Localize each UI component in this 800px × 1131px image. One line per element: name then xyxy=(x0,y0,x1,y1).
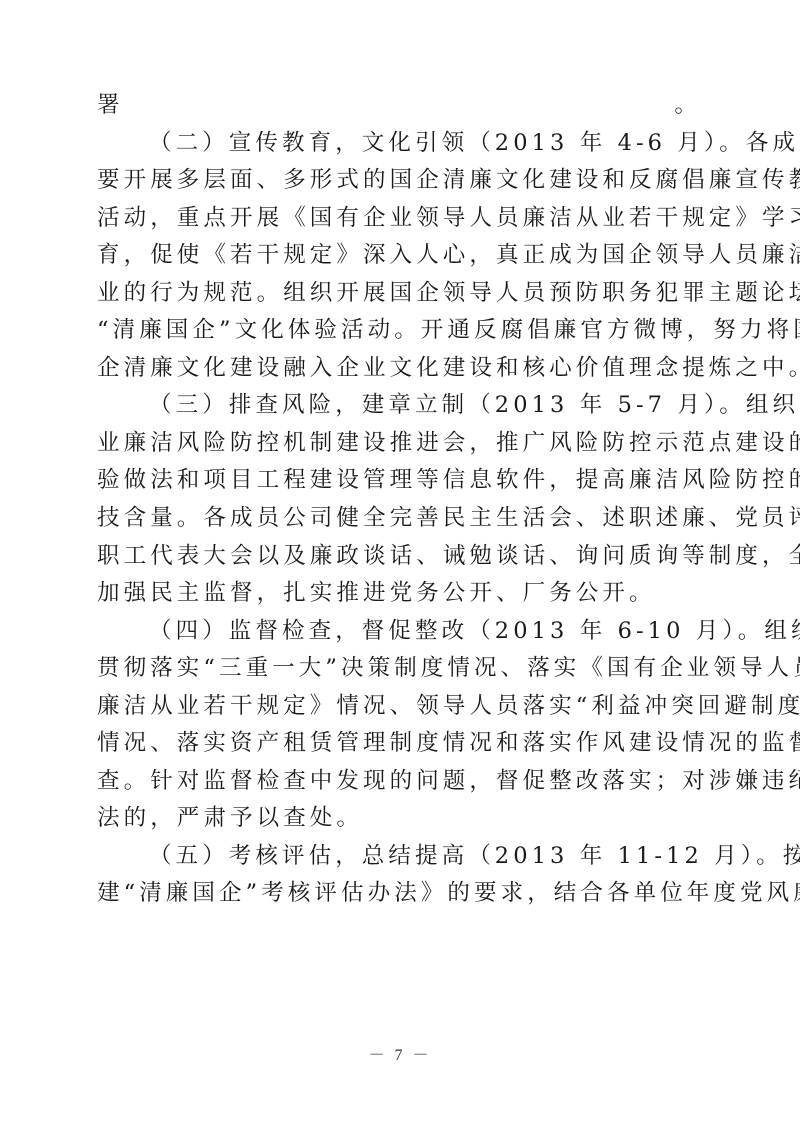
text-line: 要开展多层面、多形式的国企清廉文化建设和反腐倡廉宣传教育 xyxy=(97,162,701,200)
text-line: 法的，严肃予以查处。 xyxy=(97,800,701,838)
text-line: 技含量。各成员公司健全完善民主生活会、述职述廉、党员评议、 xyxy=(97,500,701,538)
text-line: 企清廉文化建设融入企业文化建设和核心价值理念提炼之中。 xyxy=(97,350,701,388)
text-line: 查。针对监督检查中发现的问题，督促整改落实；对涉嫌违纪违 xyxy=(97,763,701,801)
text-line: 业的行为规范。组织开展国企领导人员预防职务犯罪主题论坛和 xyxy=(97,275,701,313)
text-line: 加强民主监督，扎实推进党务公开、厂务公开。 xyxy=(97,575,701,613)
text-line: 贯彻落实“三重一大”决策制度情况、落实《国有企业领导人员 xyxy=(97,650,701,688)
text-line: 廉洁从业若干规定》情况、领导人员落实“利益冲突回避制度” xyxy=(97,688,701,726)
body-text: 署。 （二）宣传教育，文化引领（2013 年 4-6 月）。各成员公司 要开展多… xyxy=(97,87,701,913)
text-line: 署。 xyxy=(97,87,701,125)
text-line: 活动，重点开展《国有企业领导人员廉洁从业若干规定》学习教 xyxy=(97,200,701,238)
text-line: 情况、落实资产租赁管理制度情况和落实作风建设情况的监督检 xyxy=(97,725,701,763)
text-line: 育，促使《若干规定》深入人心，真正成为国企领导人员廉洁从 xyxy=(97,237,701,275)
text-line: 职工代表大会以及廉政谈话、诫勉谈话、询问质询等制度，全面 xyxy=(97,538,701,576)
text-line: “清廉国企”文化体验活动。开通反腐倡廉官方微博，努力将国 xyxy=(97,312,701,350)
text-line: 业廉洁风险防控机制建设推进会，推广风险防控示范点建设的经 xyxy=(97,425,701,463)
page-number: － 7 － xyxy=(0,1042,800,1065)
text-line: 验做法和项目工程建设管理等信息软件，提高廉洁风险防控的科 xyxy=(97,462,701,500)
text-line: （三）排查风险，建章立制（2013 年 5-7 月）。组织召开企 xyxy=(97,387,701,425)
text-line: （二）宣传教育，文化引领（2013 年 4-6 月）。各成员公司 xyxy=(97,125,701,163)
document-page: 署。 （二）宣传教育，文化引领（2013 年 4-6 月）。各成员公司 要开展多… xyxy=(0,0,800,1131)
text-line: 建“清廉国企”考核评估办法》的要求，结合各单位年度党风廉 xyxy=(97,875,701,913)
text-line: （五）考核评估，总结提高（2013 年 11-12 月）。按照《创 xyxy=(97,838,701,876)
text-line: （四）监督检查，督促整改（2013 年 6-10 月）。组织开展 xyxy=(97,613,701,651)
